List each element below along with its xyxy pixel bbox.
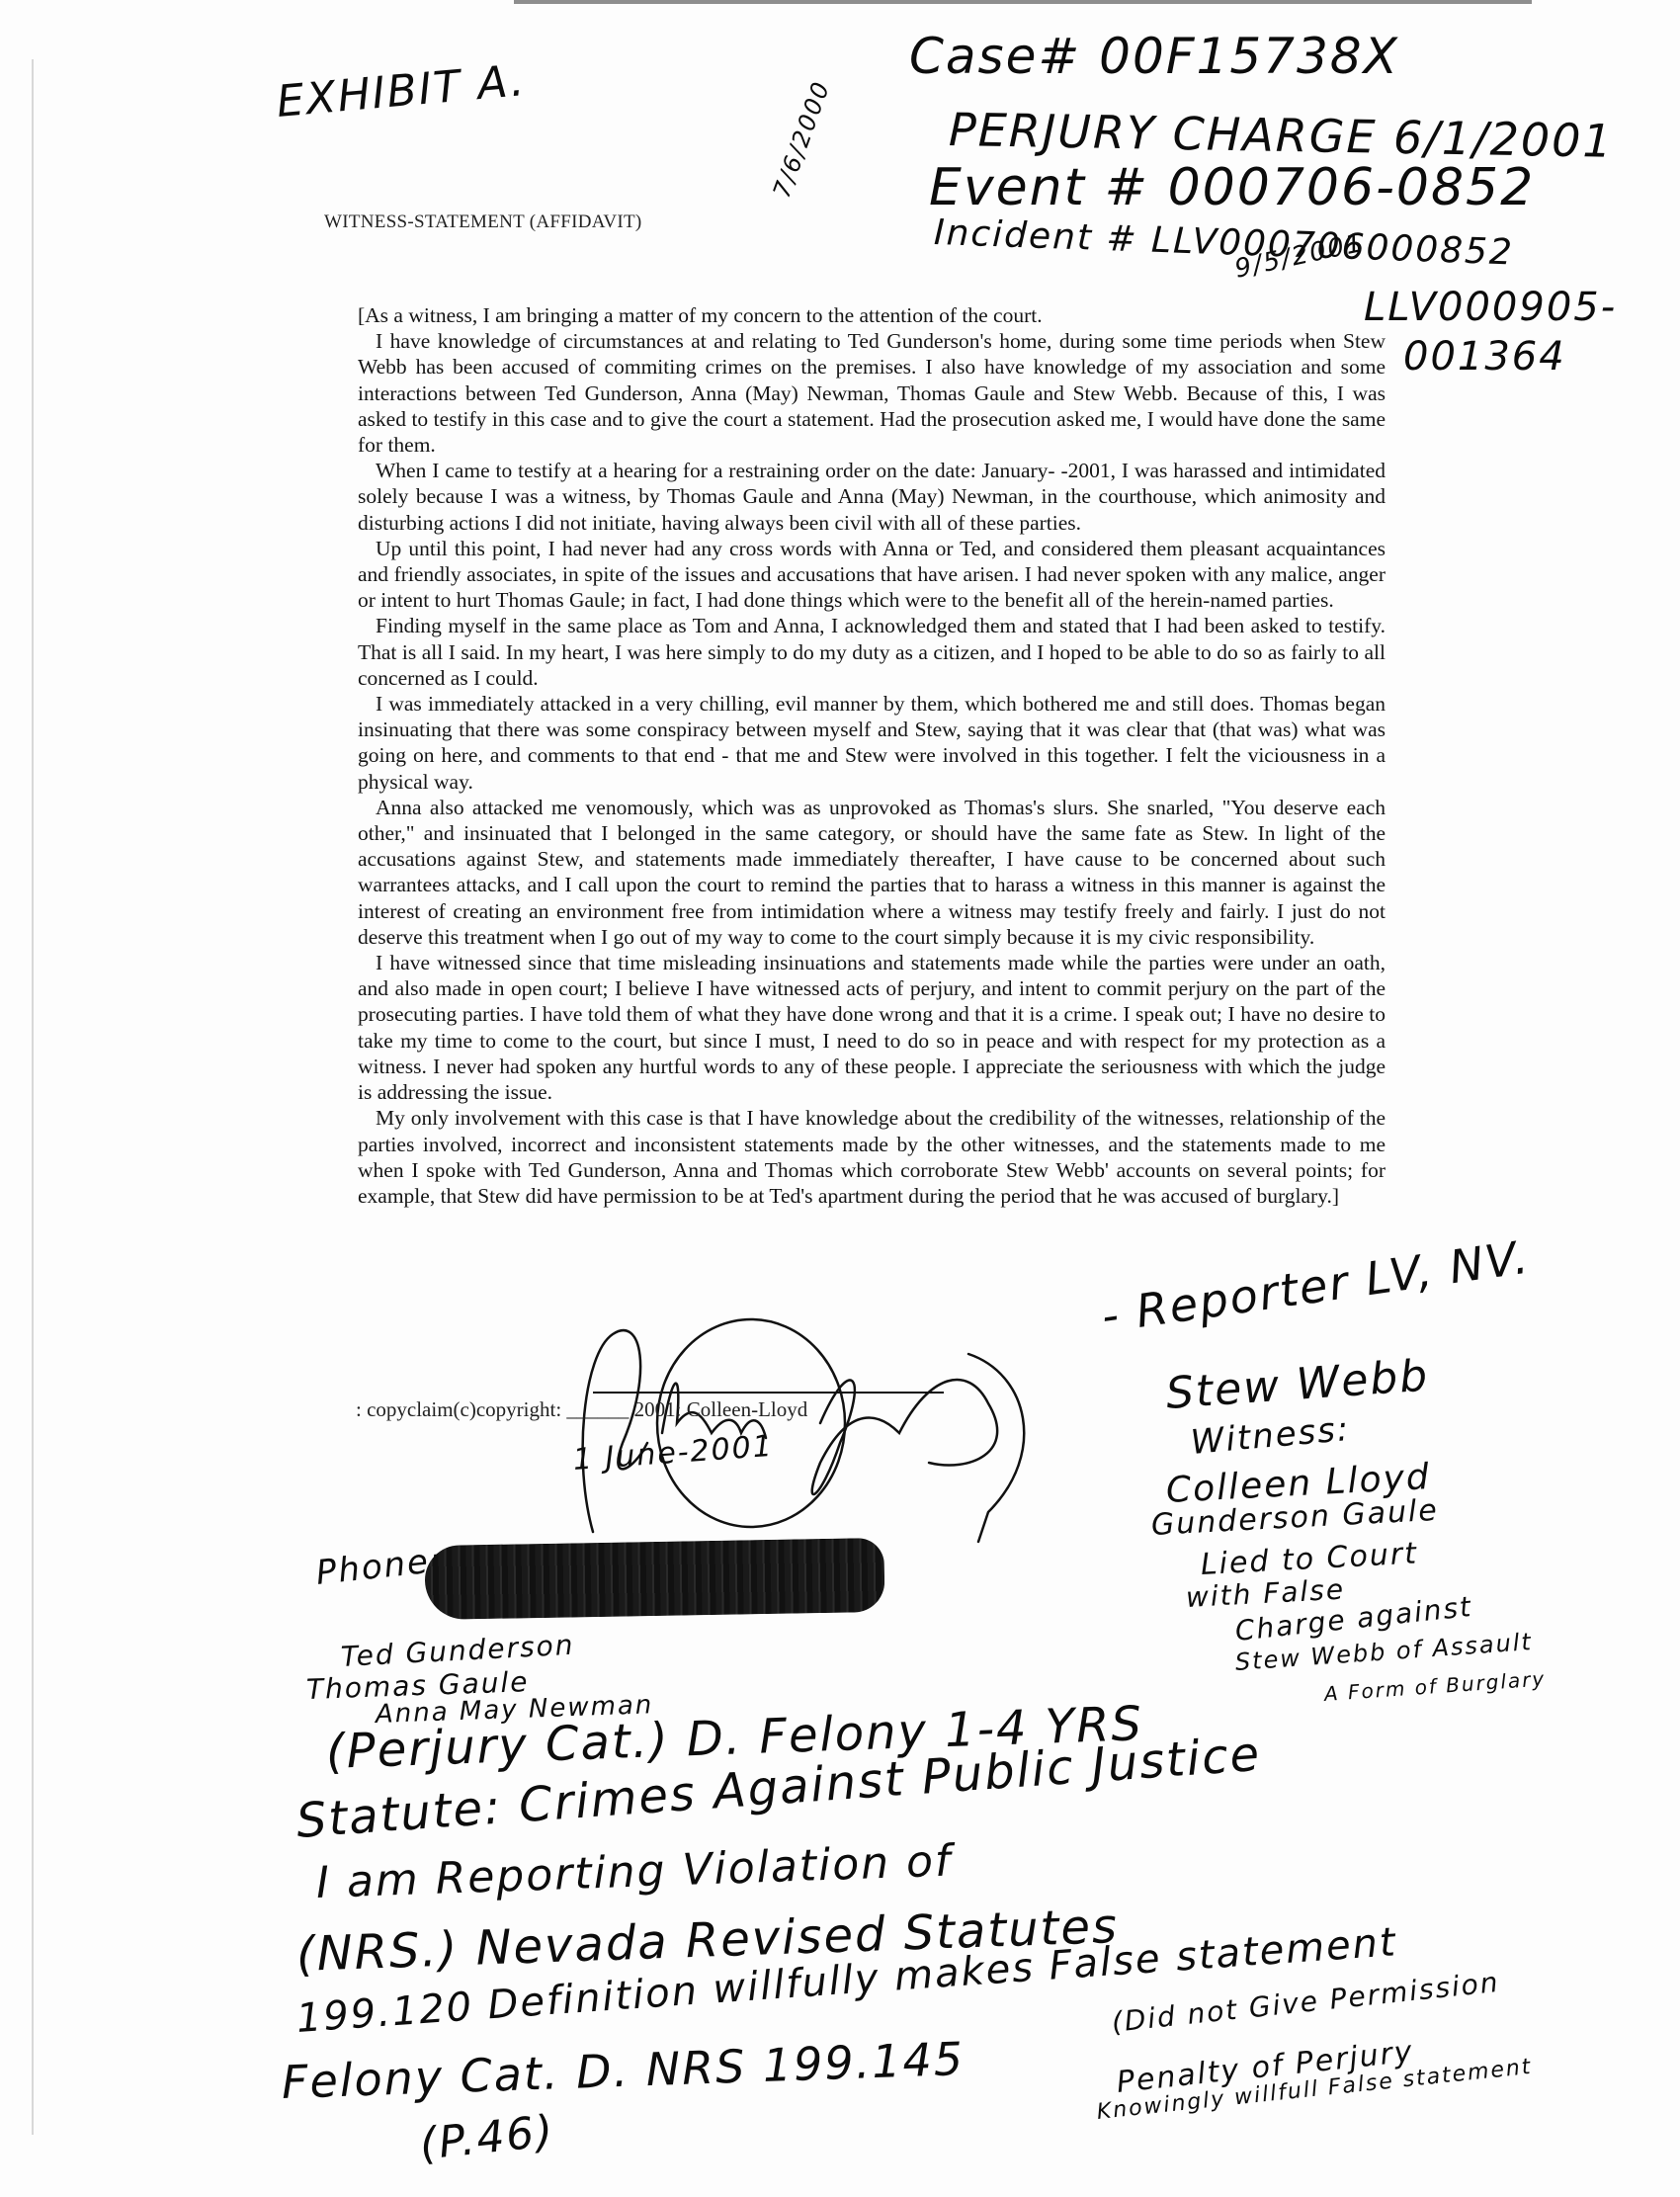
paragraph: Up until this point, I had never had any…: [358, 536, 1386, 614]
redacted-phone-number: [424, 1538, 884, 1620]
paragraph: [As a witness, I am bringing a matter of…: [358, 302, 1386, 328]
paragraph: Finding myself in the same place as Tom …: [358, 613, 1386, 691]
right-note: A Form of Burglary: [1323, 1666, 1547, 1706]
exhibit-label: EXHIBIT A.: [275, 55, 528, 127]
reporter-note: - Reporter LV, NV.: [1098, 1230, 1533, 1343]
reporting-note: I am Reporting Violation of: [315, 1836, 953, 1908]
paragraph: My only involvement with this case is th…: [358, 1105, 1386, 1209]
scan-edge-artifact: [514, 0, 1532, 4]
document-title: WITNESS-STATEMENT (AFFIDAVIT): [324, 211, 642, 233]
paragraph: Anna also attacked me venomously, which …: [358, 795, 1386, 950]
right-note: Witness:: [1189, 1409, 1352, 1463]
name-note: Ted Gunderson: [340, 1629, 575, 1673]
paragraph: I was immediately attacked in a very chi…: [358, 691, 1386, 795]
paragraph: I have knowledge of circumstances at and…: [358, 328, 1386, 458]
reference-number-1: LLV000905-: [1364, 285, 1617, 330]
felony-note: Felony Cat. D. NRS 199.145: [281, 2032, 966, 2109]
case-number: Case# 00F15738X: [909, 28, 1399, 85]
paragraph: I have witnessed since that time mislead…: [358, 950, 1386, 1105]
incident-number: Incident # LLV000706000852: [933, 212, 1514, 273]
paragraph: When I came to testify at a hearing for …: [358, 458, 1386, 536]
reference-number-2: 001364: [1403, 334, 1566, 380]
scanned-page: EXHIBIT A. Case# 00F15738X PERJURY CHARG…: [0, 0, 1680, 2197]
right-note: Stew Webb: [1164, 1350, 1431, 1418]
event-number: Event # 000706-0852: [929, 158, 1535, 217]
page-reference: (P.46): [417, 2106, 556, 2170]
event-date: 7/6/2000: [768, 77, 836, 202]
scan-margin-artifact: [32, 59, 34, 2135]
affidavit-body: [As a witness, I am bringing a matter of…: [358, 302, 1386, 1209]
